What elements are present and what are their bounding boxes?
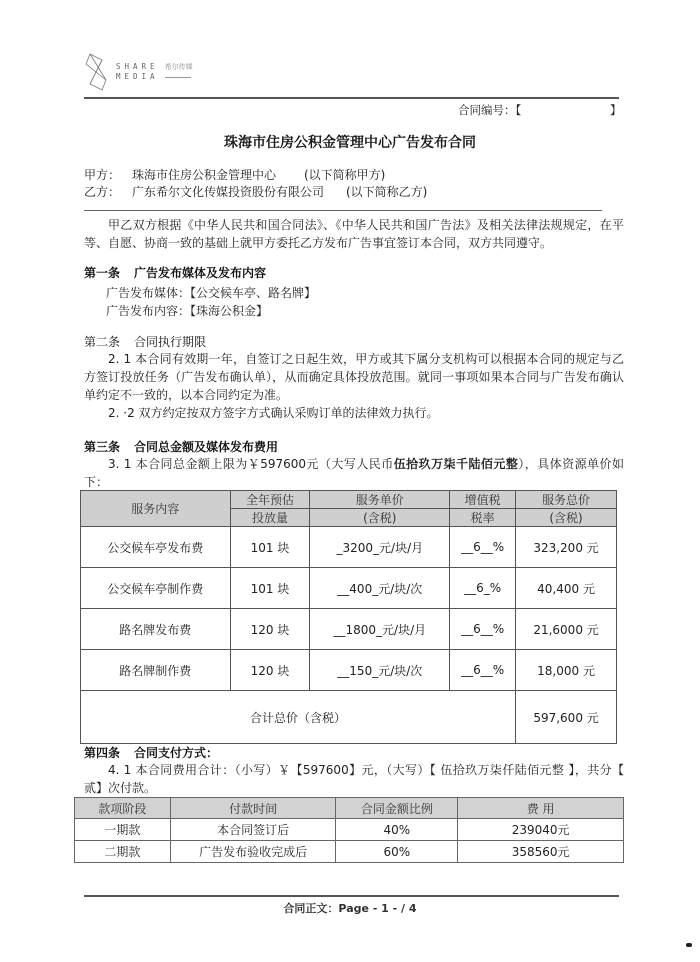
article1-heading: 第一条广告发布媒体及发布内容 [84,264,266,281]
contract-number-label: 合同编号：【 [458,103,521,117]
cell-item: 公交候车亭发布费 [81,527,231,568]
col-header-total-1: 服务总价 [516,491,617,509]
cell-qty: 120 块 [230,650,310,691]
article3-amount-in-words: 伍拾玖万柒千陆佰元整 [394,457,519,471]
col-header-amount: 费 用 [458,798,624,819]
cell-tax: __6_% [450,568,516,609]
logo-line1: SHARE [116,62,159,72]
table-row: 公交候车亭发布费 101 块 _3200_元/块/月 __6__% 323,20… [81,527,617,568]
cell-unit-price: __150_元/块/次 [310,650,450,691]
payment-table: 款项阶段 付款时间 合同金额比例 费 用 一期款 本合同签订后 40% 2390… [74,797,624,863]
logo-line2: MEDIA [116,72,159,82]
article1-content: 广告发布内容：【珠海公积金】 [106,302,268,319]
article2-clause2: 2. ·2 双方约定按双方签字方式确认采购订单的法律效力执行。 [84,404,624,422]
col-header-service: 服务内容 [81,491,231,527]
col-header-unit-price-1: 服务单价 [310,491,450,509]
article3-clause1: 3. 1 本合同总金额上限为￥597600元（大写人民币伍拾玖万柒千陆佰元整），… [84,455,624,491]
fee-table: 服务内容 全年预估 服务单价 增值税 服务总价 投放量 (含税) 税率 (含税)… [80,490,617,744]
cell-total: 40,400 元 [516,568,617,609]
col-header-tax-1: 增值税 [450,491,516,509]
article2-clause1: 2. 1 本合同有效期一年，自签订之日起生效，甲方或其下属分支机构可以根据本合同… [84,350,624,404]
col-header-unit-price-2: (含税) [310,509,450,527]
article1-number: 第一条 [84,266,120,280]
article4-title: 合同支付方式： [134,746,218,760]
contract-number-close: 】 [610,102,622,118]
cell-qty: 101 块 [230,568,310,609]
party-b: 乙方：广东希尔文化传媒投资股份有限公司 (以下简称乙方) [84,183,324,200]
logo-underline [165,77,191,78]
cell-total: 323,200 元 [516,527,617,568]
party-b-name: 广东希尔文化传媒投资股份有限公司 [132,185,324,199]
col-header-stage: 款项阶段 [75,798,171,819]
article3-clause1-prefix: 3. 1 本合同总金额上限为￥597600元（大写人民币 [108,457,394,471]
article4-clause1: 4. 1 本合同费用合计：（小写）￥【597600】元，（大写）【 伍拾玖万柒仟… [84,761,624,797]
cell-stage: 二期款 [75,841,171,863]
cell-unit-price: __1800_元/块/月 [310,609,450,650]
cell-tax: __6__% [450,650,516,691]
table-row: 路名牌发布费 120 块 __1800_元/块/月 __6__% 21,6000… [81,609,617,650]
party-a-name: 珠海市住房公积金管理中心 [132,168,276,182]
article4-number: 第四条 [84,746,120,760]
cell-tax: __6__% [450,609,516,650]
col-header-qty-1: 全年预估 [230,491,310,509]
total-label: 合计总价（含税） [81,691,516,744]
col-header-total-2: (含税) [516,509,617,527]
cell-item: 公交候车亭制作费 [81,568,231,609]
cell-total: 18,000 元 [516,650,617,691]
table-row: 公交候车亭制作费 101 块 __400_元/块/次 __6_% 40,400 … [81,568,617,609]
cell-total: 21,6000 元 [516,609,617,650]
page-footer: 合同正文：Page - 1 - / 4 [0,900,700,916]
article2-number: 第二条 [84,335,120,349]
scan-speck [686,943,692,947]
cell-amount: 358560元 [458,841,624,863]
cell-unit-price: __400_元/块/次 [310,568,450,609]
party-a-label: 甲方： [84,166,132,183]
preamble: 甲乙双方根据《中华人民共和国合同法》、《中华人民共和国广告法》及相关法律法规规定… [84,216,624,252]
cell-item: 路名牌制作费 [81,650,231,691]
article1-media: 广告发布媒体：【公交候车亭、路名牌】 [106,284,316,301]
contract-number: 合同编号：【 】 [458,102,521,118]
article2-title: 合同执行期限 [134,335,206,349]
article1-title: 广告发布媒体及发布内容 [134,266,266,280]
col-header-ratio: 合同金额比例 [336,798,458,819]
cell-time: 本合同签订后 [170,819,336,841]
table-row: 二期款 广告发布验收完成后 60% 358560元 [75,841,624,863]
article2-heading: 第二条合同执行期限 [84,333,206,350]
col-header-qty-2: 投放量 [230,509,310,527]
cell-unit-price: _3200_元/块/月 [310,527,450,568]
cell-qty: 120 块 [230,609,310,650]
col-header-time: 付款时间 [170,798,336,819]
col-header-tax-2: 税率 [450,509,516,527]
total-value: 597,600 元 [516,691,617,744]
footer-divider [84,895,619,897]
party-b-note: (以下简称乙方) [346,183,427,200]
party-a: 甲方：珠海市住房公积金管理中心 (以下简称甲方) [84,166,276,183]
party-b-label: 乙方： [84,183,132,200]
company-logo: SHARE 希尔传媒 MEDIA [84,52,193,92]
cell-stage: 一期款 [75,819,171,841]
article4-heading: 第四条合同支付方式： [84,744,218,761]
article3-title: 合同总金额及媒体发布费用 [134,440,278,454]
table-row: 路名牌制作费 120 块 __150_元/块/次 __6__% 18,000 元 [81,650,617,691]
table-row: 一期款 本合同签订后 40% 239040元 [75,819,624,841]
article3-number: 第三条 [84,440,120,454]
cell-qty: 101 块 [230,527,310,568]
share-media-logo-icon [84,52,108,92]
header-divider [84,97,619,99]
cell-tax: __6__% [450,527,516,568]
cell-item: 路名牌发布费 [81,609,231,650]
logo-cn-name: 希尔传媒 [165,62,193,72]
cell-amount: 239040元 [458,819,624,841]
cell-time: 广告发布验收完成后 [170,841,336,863]
article3-heading: 第三条合同总金额及媒体发布费用 [84,438,278,455]
cell-ratio: 60% [336,841,458,863]
document-title: 珠海市住房公积金管理中心广告发布合同 [0,132,700,152]
table-total-row: 合计总价（含税） 597,600 元 [81,691,617,744]
parties-divider [84,210,602,211]
party-a-note: (以下简称甲方) [304,166,385,183]
cell-ratio: 40% [336,819,458,841]
